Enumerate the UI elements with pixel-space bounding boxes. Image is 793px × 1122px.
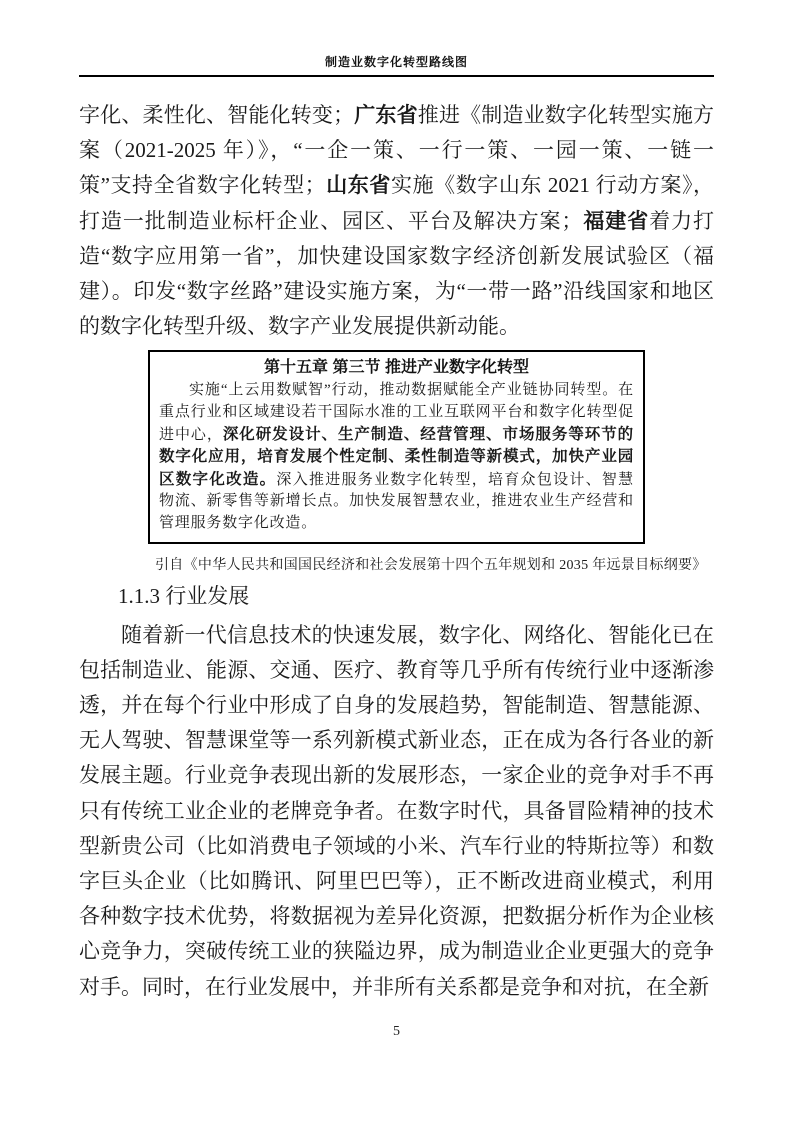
quote-box-title: 第十五章 第三节 推进产业数字化转型	[159, 356, 634, 380]
text-segment: 字化、柔性化、智能化转变；	[79, 103, 354, 127]
citation-source: 引自《中华人民共和国国民经济和社会发展第十四个五年规划和 2035 年远景目标纲…	[155, 554, 714, 574]
province-name-guangdong: 广东省	[354, 103, 418, 127]
document-page: 制造业数字化转型路线图 字化、柔性化、智能化转变；广东省推进《制造业数字化转型实…	[0, 0, 793, 1122]
page-number: 5	[0, 1024, 793, 1040]
province-name-shandong: 山东省	[326, 173, 391, 197]
paragraph-province-policies: 字化、柔性化、智能化转变；广东省推进《制造业数字化转型实施方案（2021-202…	[79, 98, 714, 344]
running-header-title: 制造业数字化转型路线图	[0, 0, 793, 70]
province-name-fujian: 福建省	[582, 209, 649, 233]
header-rule	[79, 75, 714, 77]
quote-box-body: 实施“上云用数赋智”行动，推动数据赋能全产业链协同转型。在重点行业和区域建设若干…	[159, 380, 634, 534]
policy-quote-box: 第十五章 第三节 推进产业数字化转型 实施“上云用数赋智”行动，推动数据赋能全产…	[148, 350, 645, 543]
section-heading-1-1-3: 1.1.3 行业发展	[118, 581, 714, 611]
page-content: 字化、柔性化、智能化转变；广东省推进《制造业数字化转型实施方案（2021-202…	[79, 98, 714, 1005]
paragraph-industry-development: 随着新一代信息技术的快速发展，数字化、网络化、智能化已在包括制造业、能源、交通、…	[79, 618, 714, 1005]
